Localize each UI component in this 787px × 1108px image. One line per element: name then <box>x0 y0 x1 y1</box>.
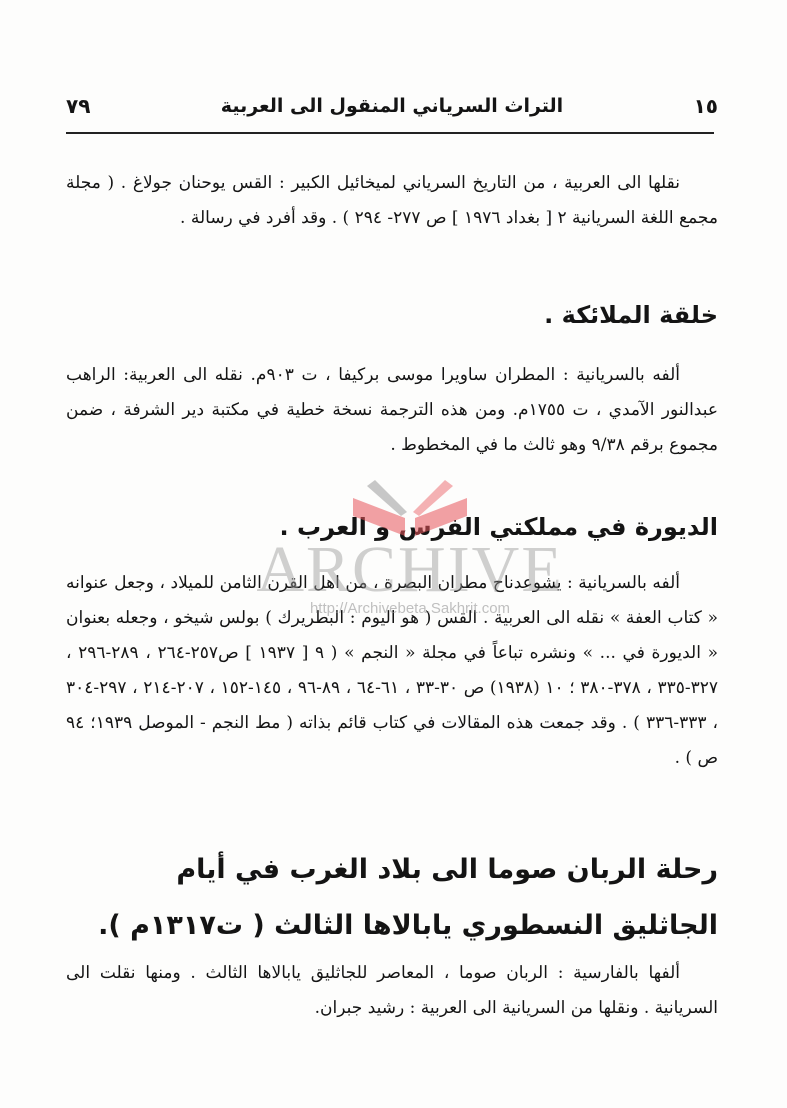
running-title: التراث السرياني المنقول الى العربية <box>221 95 563 117</box>
paragraph-text: ألفه بالسريانية : يشوعدناح مطران البصرة … <box>66 566 718 776</box>
paragraph-michael-syriac-history: نقلها الى العربية ، من التاريخ السرياني … <box>66 166 718 236</box>
scanned-page: ٧٩ التراث السرياني المنقول الى العربية ١… <box>0 0 787 1108</box>
heading-monasteries: الديورة في مملكتي الفرس و العرب . <box>66 502 718 552</box>
paragraph-rabban-sauma: ألفها بالفارسية : الربان صوما ، المعاصر … <box>66 956 718 1026</box>
heading-creation-of-angels: خلقة الملائكة . <box>66 290 718 340</box>
header-rule <box>66 132 714 134</box>
page-number-arabic-79: ٧٩ <box>66 94 90 118</box>
heading-rabban-sauma-journey: رحلة الربان صوما الى بلاد الغرب في أيام … <box>66 842 718 954</box>
section-page-number: ١٥ <box>694 94 718 118</box>
page-header: ٧٩ التراث السرياني المنقول الى العربية ١… <box>66 88 718 124</box>
paragraph-text: نقلها الى العربية ، من التاريخ السرياني … <box>66 166 718 236</box>
paragraph-text: ألفها بالفارسية : الربان صوما ، المعاصر … <box>66 956 718 1026</box>
paragraph-text: ألفه بالسريانية : المطران ساويرا موسى بر… <box>66 358 718 463</box>
paragraph-monasteries: ألفه بالسريانية : يشوعدناح مطران البصرة … <box>66 566 718 776</box>
paragraph-creation-of-angels: ألفه بالسريانية : المطران ساويرا موسى بر… <box>66 358 718 463</box>
